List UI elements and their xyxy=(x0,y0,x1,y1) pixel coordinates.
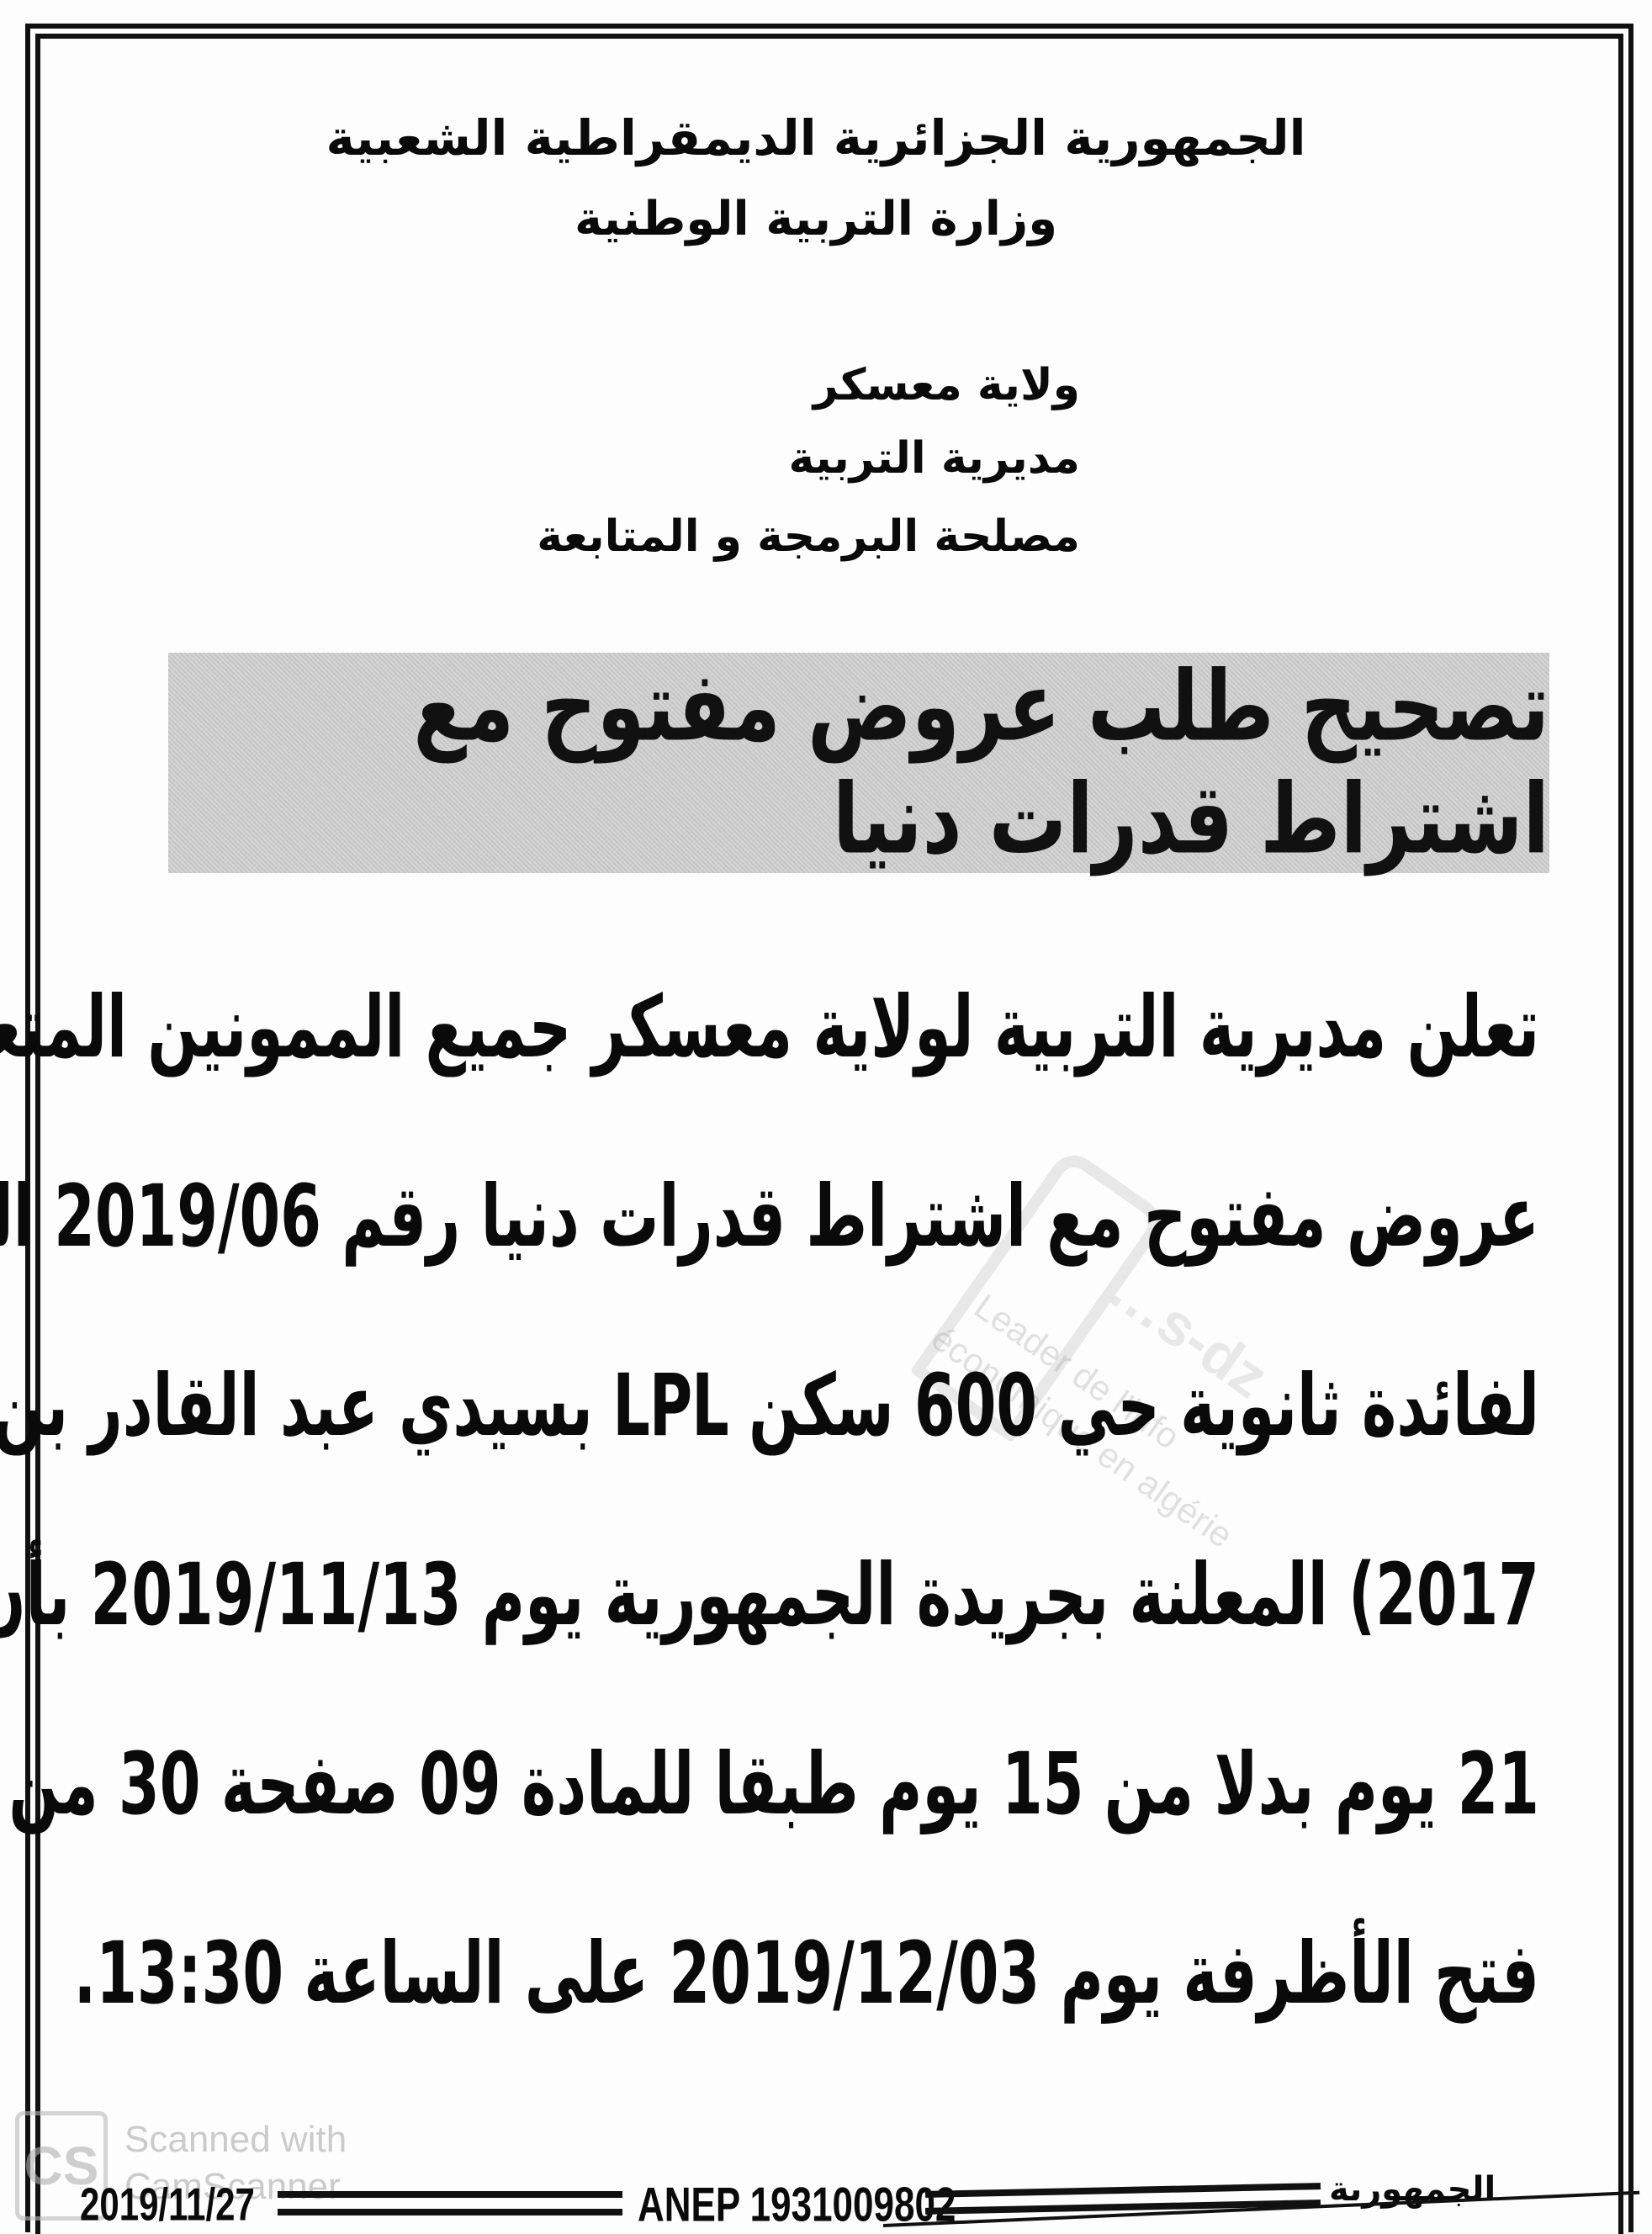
body-line-2: عروض مفتوح مع اشتراط قدرات دنيا رقم 2019… xyxy=(93,1182,1539,1251)
footer-rule xyxy=(278,2209,622,2215)
directorate-label: مديرية التربية xyxy=(789,433,1080,484)
body-text: عروض مفتوح مع اشتراط قدرات دنيا رقم 2019… xyxy=(0,1167,1539,1267)
service-label: مصلحة البرمجة و المتابعة xyxy=(537,511,1080,562)
wilaya-label: ولاية معسكر xyxy=(813,360,1080,410)
ministry-heading: وزارة التربية الوطنية xyxy=(185,192,1447,246)
body-line-3: لفائدة ثانوية حي 600 سكن LPL بسيدي عبد ا… xyxy=(93,1371,1539,1440)
body-line-4: 2017) المعلنة بجريدة الجمهورية يوم 2019/… xyxy=(93,1560,1539,1629)
camscanner-text-line-1: Scanned with xyxy=(124,2116,347,2163)
body-line-1: تعلن مديرية التربية لولاية معسكر جميع ال… xyxy=(93,993,1539,1061)
body-text: لفائدة ثانوية حي 600 سكن LPL بسيدي عبد ا… xyxy=(0,1356,1539,1456)
newspaper-footer: 2019/11/27 ANEP 1931009802 الجمهورية xyxy=(0,2178,1652,2234)
body-text: 21 يوم بدلا من 15 يوم طبقا للمادة 09 صفح… xyxy=(0,1734,1539,1834)
footer-date: 2019/11/27 xyxy=(80,2178,255,2231)
body-text: فتح الأظرفة يوم 2019/12/03 على الساعة 13… xyxy=(74,1924,1539,2024)
body-line-5: 21 يوم بدلا من 15 يوم طبقا للمادة 09 صفح… xyxy=(93,1750,1539,1818)
body-text: تعلن مديرية التربية لولاية معسكر جميع ال… xyxy=(0,977,1539,1077)
notice-title: تصحيح طلب عروض مفتوح مع اشتراط قدرات دني… xyxy=(168,650,1549,876)
body-line-6: فتح الأظرفة يوم 2019/12/03 على الساعة 13… xyxy=(471,1939,1539,2008)
body-text: 2017) المعلنة بجريدة الجمهورية يوم 2019/… xyxy=(0,1545,1539,1645)
footer-rule xyxy=(925,2183,1321,2198)
notice-title-box: تصحيح طلب عروض مفتوح مع اشتراط قدرات دني… xyxy=(168,653,1549,873)
footer-rule xyxy=(278,2191,622,2198)
republic-heading: الجمهورية الجزائرية الديمقراطية الشعبية xyxy=(185,109,1447,167)
